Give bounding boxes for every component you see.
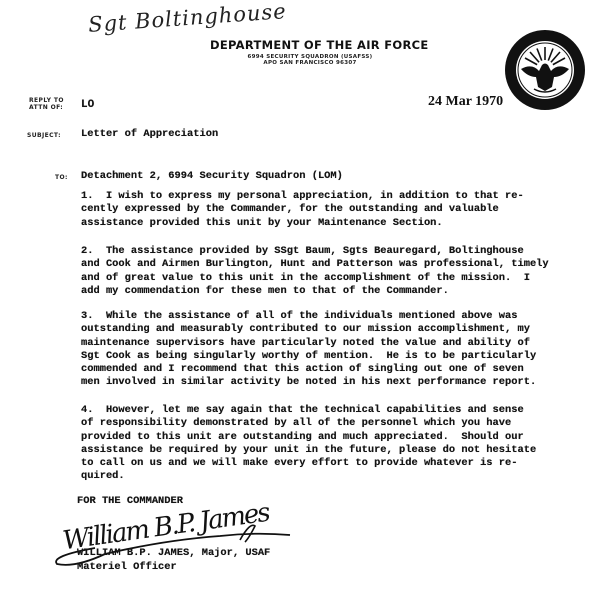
signer-title: Materiel Officer — [77, 561, 177, 574]
paragraph-line: 2. The assistance provided by SSgt Baum,… — [81, 245, 549, 258]
letterhead-title: DEPARTMENT OF THE AIR FORCE — [210, 38, 410, 52]
letterhead-address: APO SAN FRANCISCO 96307 — [210, 60, 410, 66]
paragraph-line: of responsibility demonstrated by all of… — [81, 417, 536, 430]
paragraph-line: assistance provided this unit by your Ma… — [81, 217, 524, 230]
paragraph-line: to call on us and we will make every eff… — [81, 457, 536, 470]
subject-value: Letter of Appreciation — [81, 128, 218, 141]
paragraph-line: 3. While the assistance of all of the in… — [81, 310, 536, 323]
signer-name: WILLIAM B.P. JAMES, Major, USAF — [77, 547, 270, 560]
paragraph-line: quired. — [81, 470, 536, 483]
paragraph-line: outstanding and measurably contributed t… — [81, 323, 536, 336]
paragraph-line: and Cook and Airmen Burlington, Hunt and… — [81, 258, 549, 271]
to-value: Detachment 2, 6994 Security Squadron (LO… — [81, 170, 343, 183]
reply-to-value: LO — [81, 99, 94, 112]
paragraph-line: men involved in similar activity be note… — [81, 376, 536, 389]
paragraph-1: 1. I wish to express my personal appreci… — [81, 190, 524, 230]
paragraph-line: 4. However, let me say again that the te… — [81, 404, 536, 417]
paragraph-line: commended and I recommend that this acti… — [81, 363, 536, 376]
reply-to-label-line1: REPLY TO — [29, 97, 64, 104]
subject-label: SUBJECT: — [27, 132, 61, 139]
paragraph-line: cently expressed by the Commander, for t… — [81, 203, 524, 216]
reply-to-label: REPLY TO ATTN OF: — [29, 97, 64, 111]
paragraph-line: provided to this unit are outstanding an… — [81, 431, 536, 444]
for-the-commander: FOR THE COMMANDER — [77, 495, 183, 508]
letter-date: 24 Mar 1970 — [428, 94, 503, 110]
paragraph-line: and of great value to this unit in the a… — [81, 272, 549, 285]
paragraph-line: add my commendation for these men to tha… — [81, 285, 549, 298]
paragraph-line: assistance be required by your unit in t… — [81, 444, 536, 457]
handwritten-note: Sgt Boltinghouse — [87, 0, 287, 37]
department-seal-icon — [504, 29, 586, 111]
reply-to-label-line2: ATTN OF: — [29, 104, 64, 111]
paragraph-3: 3. While the assistance of all of the in… — [81, 310, 536, 390]
to-label: TO: — [55, 174, 68, 181]
letterhead: DEPARTMENT OF THE AIR FORCE 6994 SECURIT… — [210, 38, 410, 66]
paragraph-line: Sgt Cook as being singularly worthy of m… — [81, 350, 536, 363]
paragraph-2: 2. The assistance provided by SSgt Baum,… — [81, 245, 549, 298]
paragraph-line: 1. I wish to express my personal appreci… — [81, 190, 524, 203]
paragraph-4: 4. However, let me say again that the te… — [81, 404, 536, 484]
paragraph-line: maintenance supervisors have particularl… — [81, 337, 536, 350]
